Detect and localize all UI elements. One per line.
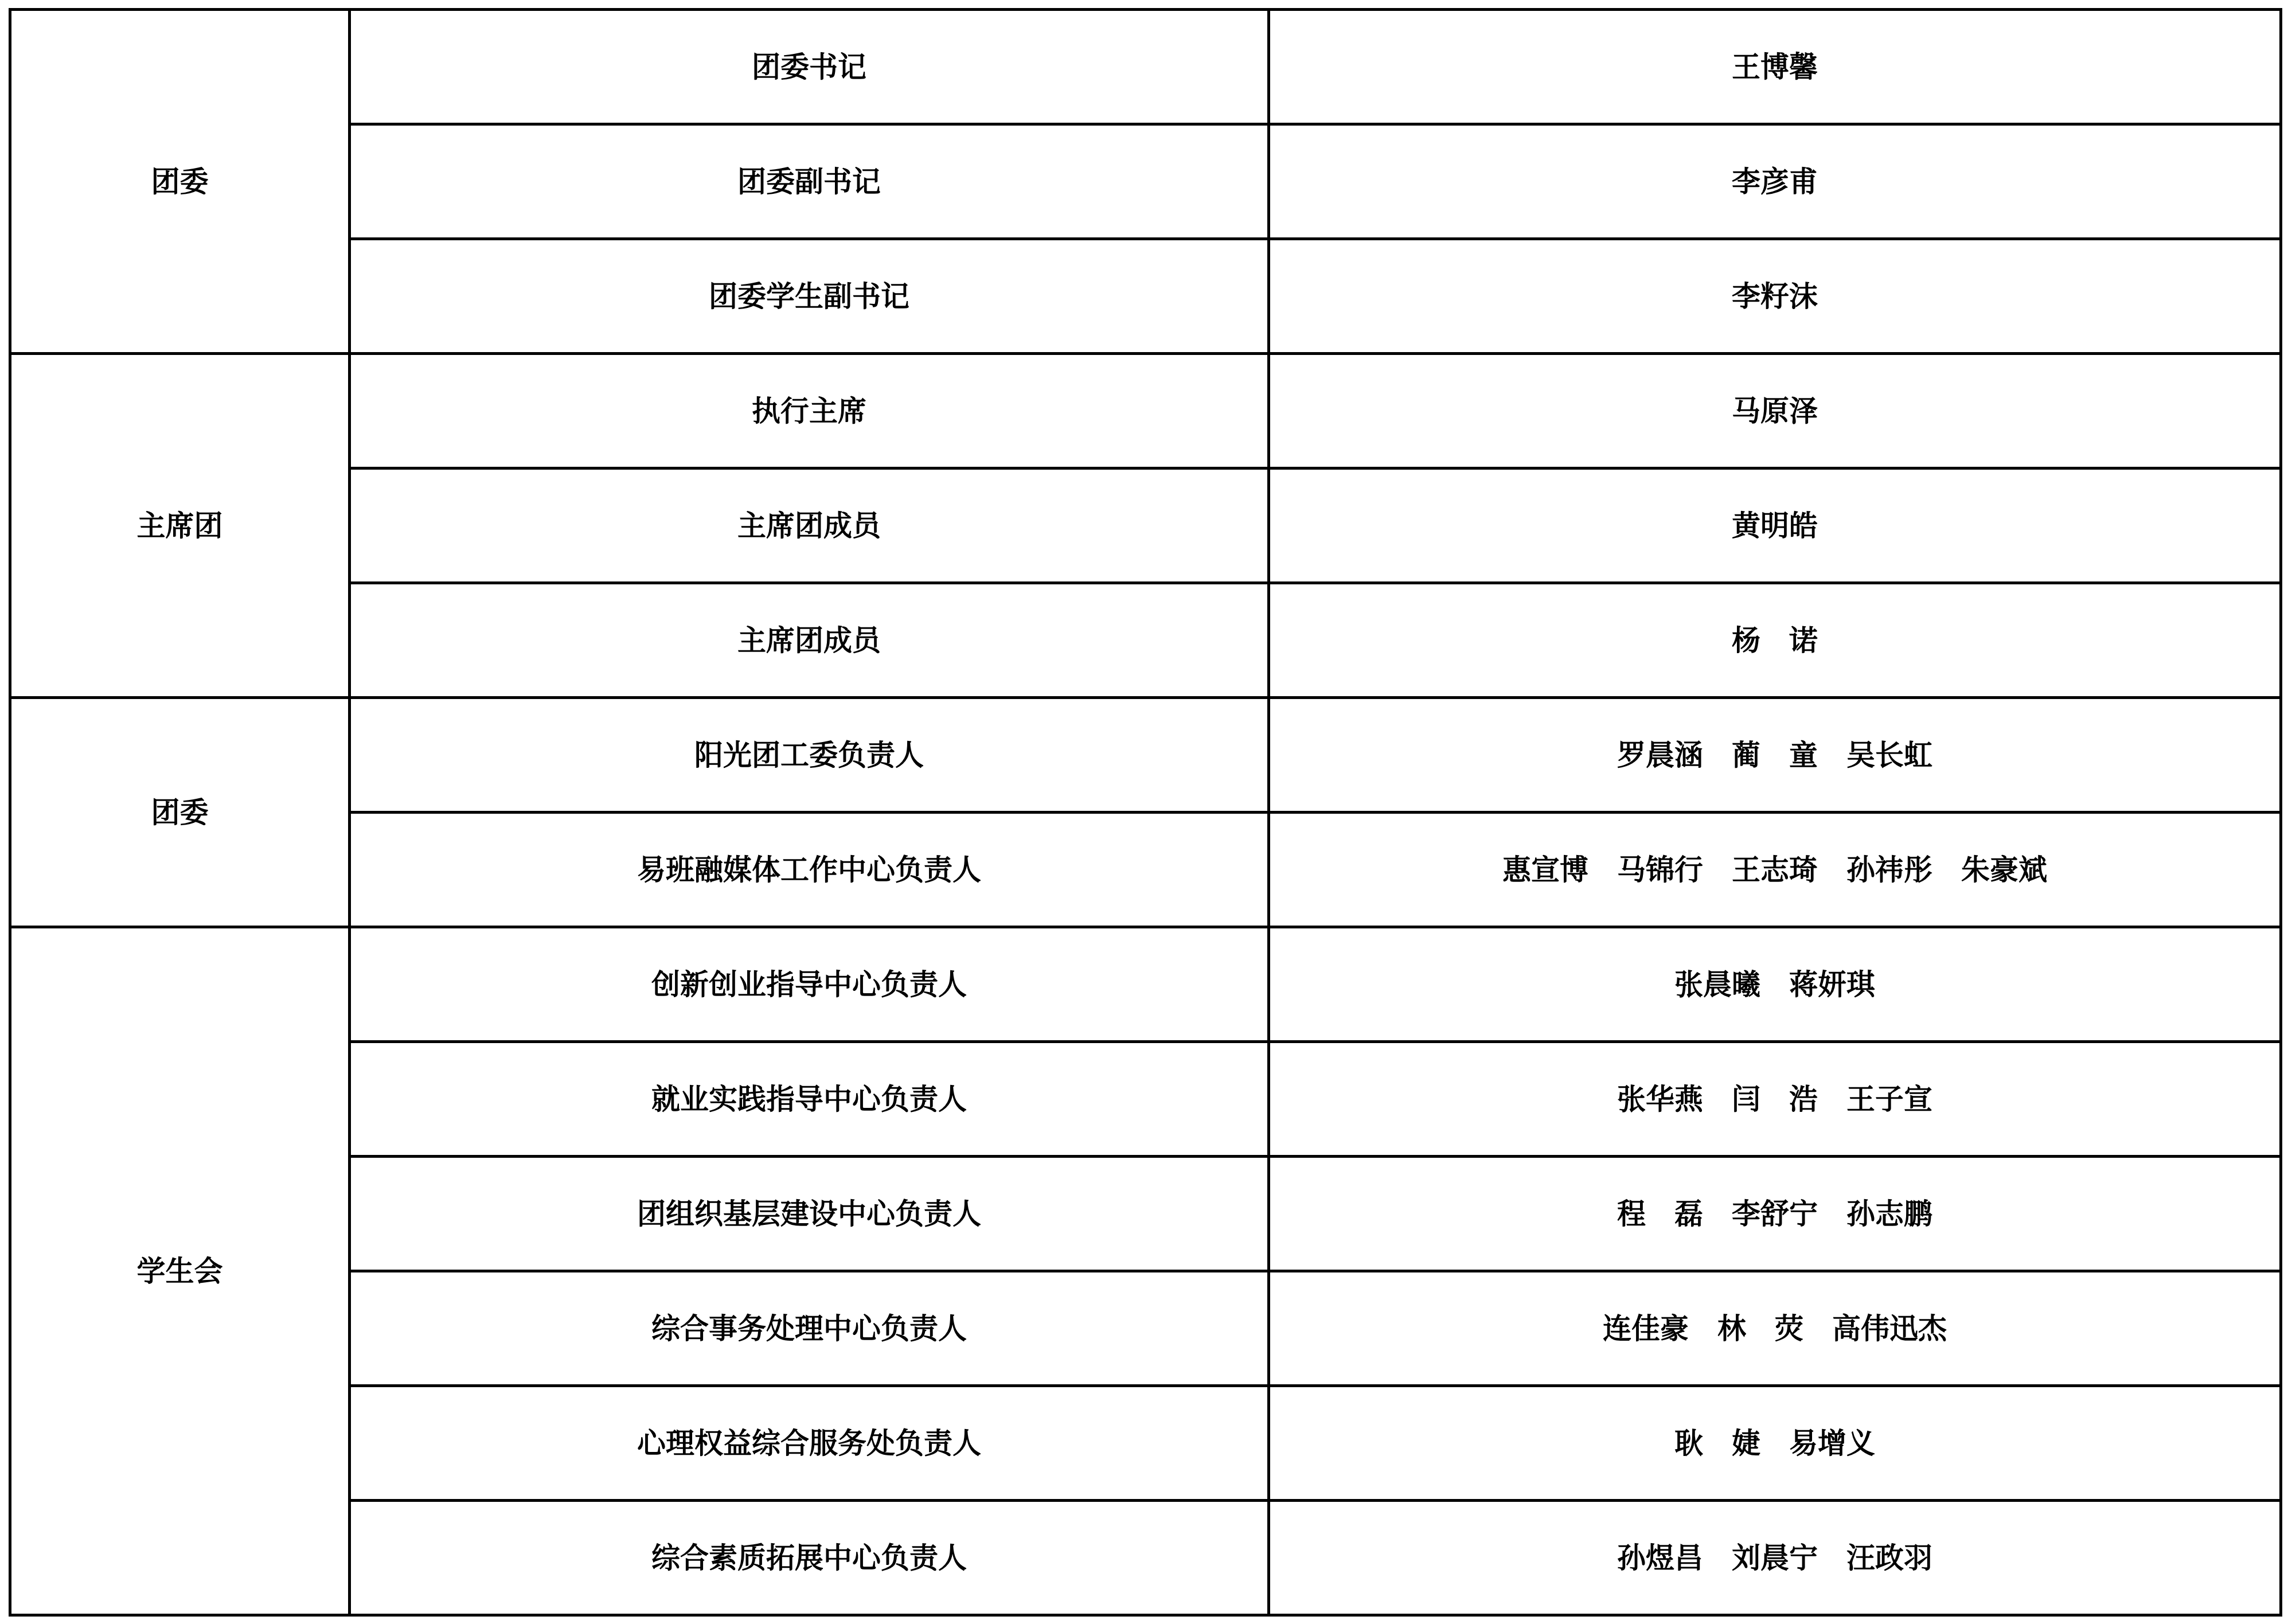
table-row: 学生会 创新创业指导中心负责人 张晨曦 蒋妍琪 xyxy=(10,927,2281,1042)
names-cell: 李彦甫 xyxy=(1269,124,2281,239)
position-cell: 主席团成员 xyxy=(350,583,1269,698)
names-cell: 连佳豪 林 荧 高伟迅杰 xyxy=(1269,1271,2281,1386)
names-cell: 黄明皓 xyxy=(1269,469,2281,583)
table-row: 综合事务处理中心负责人 连佳豪 林 荧 高伟迅杰 xyxy=(10,1271,2281,1386)
position-cell: 阳光团工委负责人 xyxy=(350,698,1269,813)
table-row: 易班融媒体工作中心负责人 惠宣博 马锦行 王志琦 孙祎彤 朱豪斌 xyxy=(10,813,2281,927)
document-page: 团委 团委书记 王博馨 团委副书记 李彦甫 团委学生副书记 李籽沫 主席团 执行… xyxy=(0,0,2288,1624)
names-cell: 杨 诺 xyxy=(1269,583,2281,698)
table-row: 团委副书记 李彦甫 xyxy=(10,124,2281,239)
names-cell: 罗晨涵 蔺 童 吴长虹 xyxy=(1269,698,2281,813)
position-cell: 易班融媒体工作中心负责人 xyxy=(350,813,1269,927)
table-row: 心理权益综合服务处负责人 耿 婕 易增义 xyxy=(10,1386,2281,1501)
table-row: 就业实践指导中心负责人 张华燕 闫 浩 王子宣 xyxy=(10,1042,2281,1157)
table-row: 团委 阳光团工委负责人 罗晨涵 蔺 童 吴长虹 xyxy=(10,698,2281,813)
names-cell: 李籽沫 xyxy=(1269,239,2281,354)
position-cell: 团委副书记 xyxy=(350,124,1269,239)
position-cell: 主席团成员 xyxy=(350,469,1269,583)
table-row: 主席团 执行主席 马原泽 xyxy=(10,354,2281,469)
table-row: 主席团成员 杨 诺 xyxy=(10,583,2281,698)
group-cell: 团委 xyxy=(10,10,350,354)
position-cell: 团委书记 xyxy=(350,10,1269,124)
group-cell: 学生会 xyxy=(10,927,350,1615)
names-cell: 孙煜昌 刘晨宁 汪政羽 xyxy=(1269,1501,2281,1615)
table-row: 主席团成员 黄明皓 xyxy=(10,469,2281,583)
names-cell: 张晨曦 蒋妍琪 xyxy=(1269,927,2281,1042)
names-cell: 惠宣博 马锦行 王志琦 孙祎彤 朱豪斌 xyxy=(1269,813,2281,927)
names-cell: 王博馨 xyxy=(1269,10,2281,124)
table-row: 综合素质拓展中心负责人 孙煜昌 刘晨宁 汪政羽 xyxy=(10,1501,2281,1615)
position-cell: 团组织基层建设中心负责人 xyxy=(350,1157,1269,1271)
position-cell: 就业实践指导中心负责人 xyxy=(350,1042,1269,1157)
group-cell: 团委 xyxy=(10,698,350,927)
position-cell: 综合素质拓展中心负责人 xyxy=(350,1501,1269,1615)
names-cell: 马原泽 xyxy=(1269,354,2281,469)
names-cell: 程 磊 李舒宁 孙志鹏 xyxy=(1269,1157,2281,1271)
position-cell: 创新创业指导中心负责人 xyxy=(350,927,1269,1042)
names-cell: 张华燕 闫 浩 王子宣 xyxy=(1269,1042,2281,1157)
position-cell: 综合事务处理中心负责人 xyxy=(350,1271,1269,1386)
position-cell: 心理权益综合服务处负责人 xyxy=(350,1386,1269,1501)
org-structure-table: 团委 团委书记 王博馨 团委副书记 李彦甫 团委学生副书记 李籽沫 主席团 执行… xyxy=(9,8,2282,1617)
table-row: 团组织基层建设中心负责人 程 磊 李舒宁 孙志鹏 xyxy=(10,1157,2281,1271)
group-cell: 主席团 xyxy=(10,354,350,698)
table-row: 团委学生副书记 李籽沫 xyxy=(10,239,2281,354)
position-cell: 执行主席 xyxy=(350,354,1269,469)
table-row: 团委 团委书记 王博馨 xyxy=(10,10,2281,124)
names-cell: 耿 婕 易增义 xyxy=(1269,1386,2281,1501)
position-cell: 团委学生副书记 xyxy=(350,239,1269,354)
